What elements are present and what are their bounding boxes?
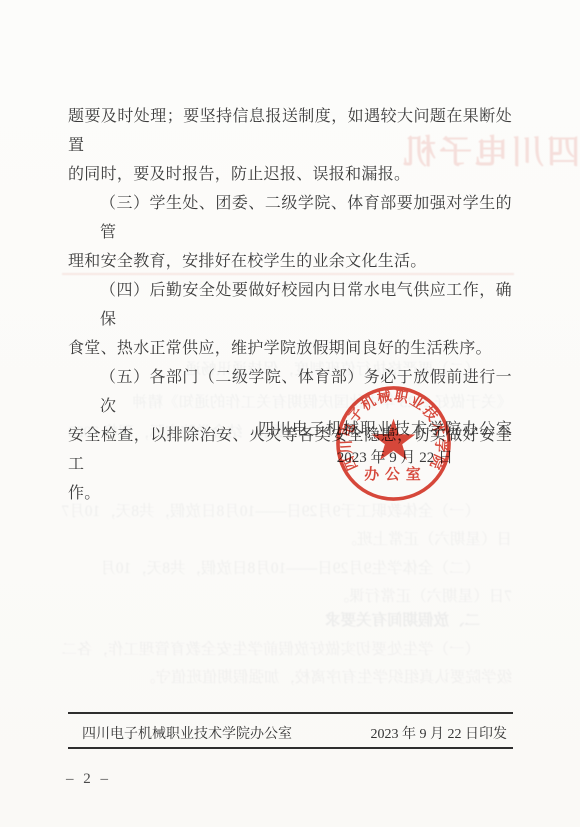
footer-row: 四川电子机械职业技术学院办公室 2023 年 9 月 22 日印发 — [68, 724, 513, 746]
footer-issuer: 四川电子机械职业技术学院办公室 — [82, 724, 292, 746]
body-line: 理和安全教育，安排好在校学生的业余文化生活。 — [68, 247, 512, 276]
bleed-line: 日（星期六）正常上班。 — [68, 531, 512, 549]
seal-bottom-text: 办公室 — [364, 465, 426, 483]
bleed-line: 二、放假期间有关要求 — [68, 612, 512, 630]
page-number: – 2 – — [66, 771, 111, 788]
footer-print-date: 2023 年 9 月 22 日印发 — [371, 724, 508, 746]
body-line: 题要及时处理；要坚持信息报送制度，如遇较大问题在果断处置 — [68, 102, 512, 160]
bleed-line: 级学院要认真组织学生有序离校，加强假期值班值守。 — [68, 669, 512, 687]
bleed-line: （一）学生处要切实做好放假前学生安全教育管理工作，各二 — [68, 641, 512, 659]
body-line: 的同时，要及时报告，防止迟报、误报和漏报。 — [68, 160, 512, 189]
body-line: （四）后勤安全处要做好校园内日常水电气供应工作，确保 — [68, 276, 512, 334]
body-line: （三）学生处、团委、二级学院、体育部要加强对学生的管 — [68, 189, 512, 247]
document-page: 四川电子机 （二）要严格执行值班制度，保持通讯畅通。 《关于做好 2023 年中… — [0, 0, 580, 827]
official-seal: 四川电子机械职业技术学院 办公室 — [334, 384, 453, 503]
seal-star-icon — [372, 419, 415, 460]
footer-bottom-rule — [68, 747, 513, 749]
footer-top-rule — [68, 712, 513, 714]
bleed-line: （二）全体学生9月29日——10月8日放假，共8天，10月 — [68, 560, 512, 578]
body-line: 食堂、热水正常供应，维护学院放假期间良好的生活秩序。 — [68, 334, 512, 363]
bleed-line: 7日（星期六）正常行课。 — [68, 588, 512, 606]
